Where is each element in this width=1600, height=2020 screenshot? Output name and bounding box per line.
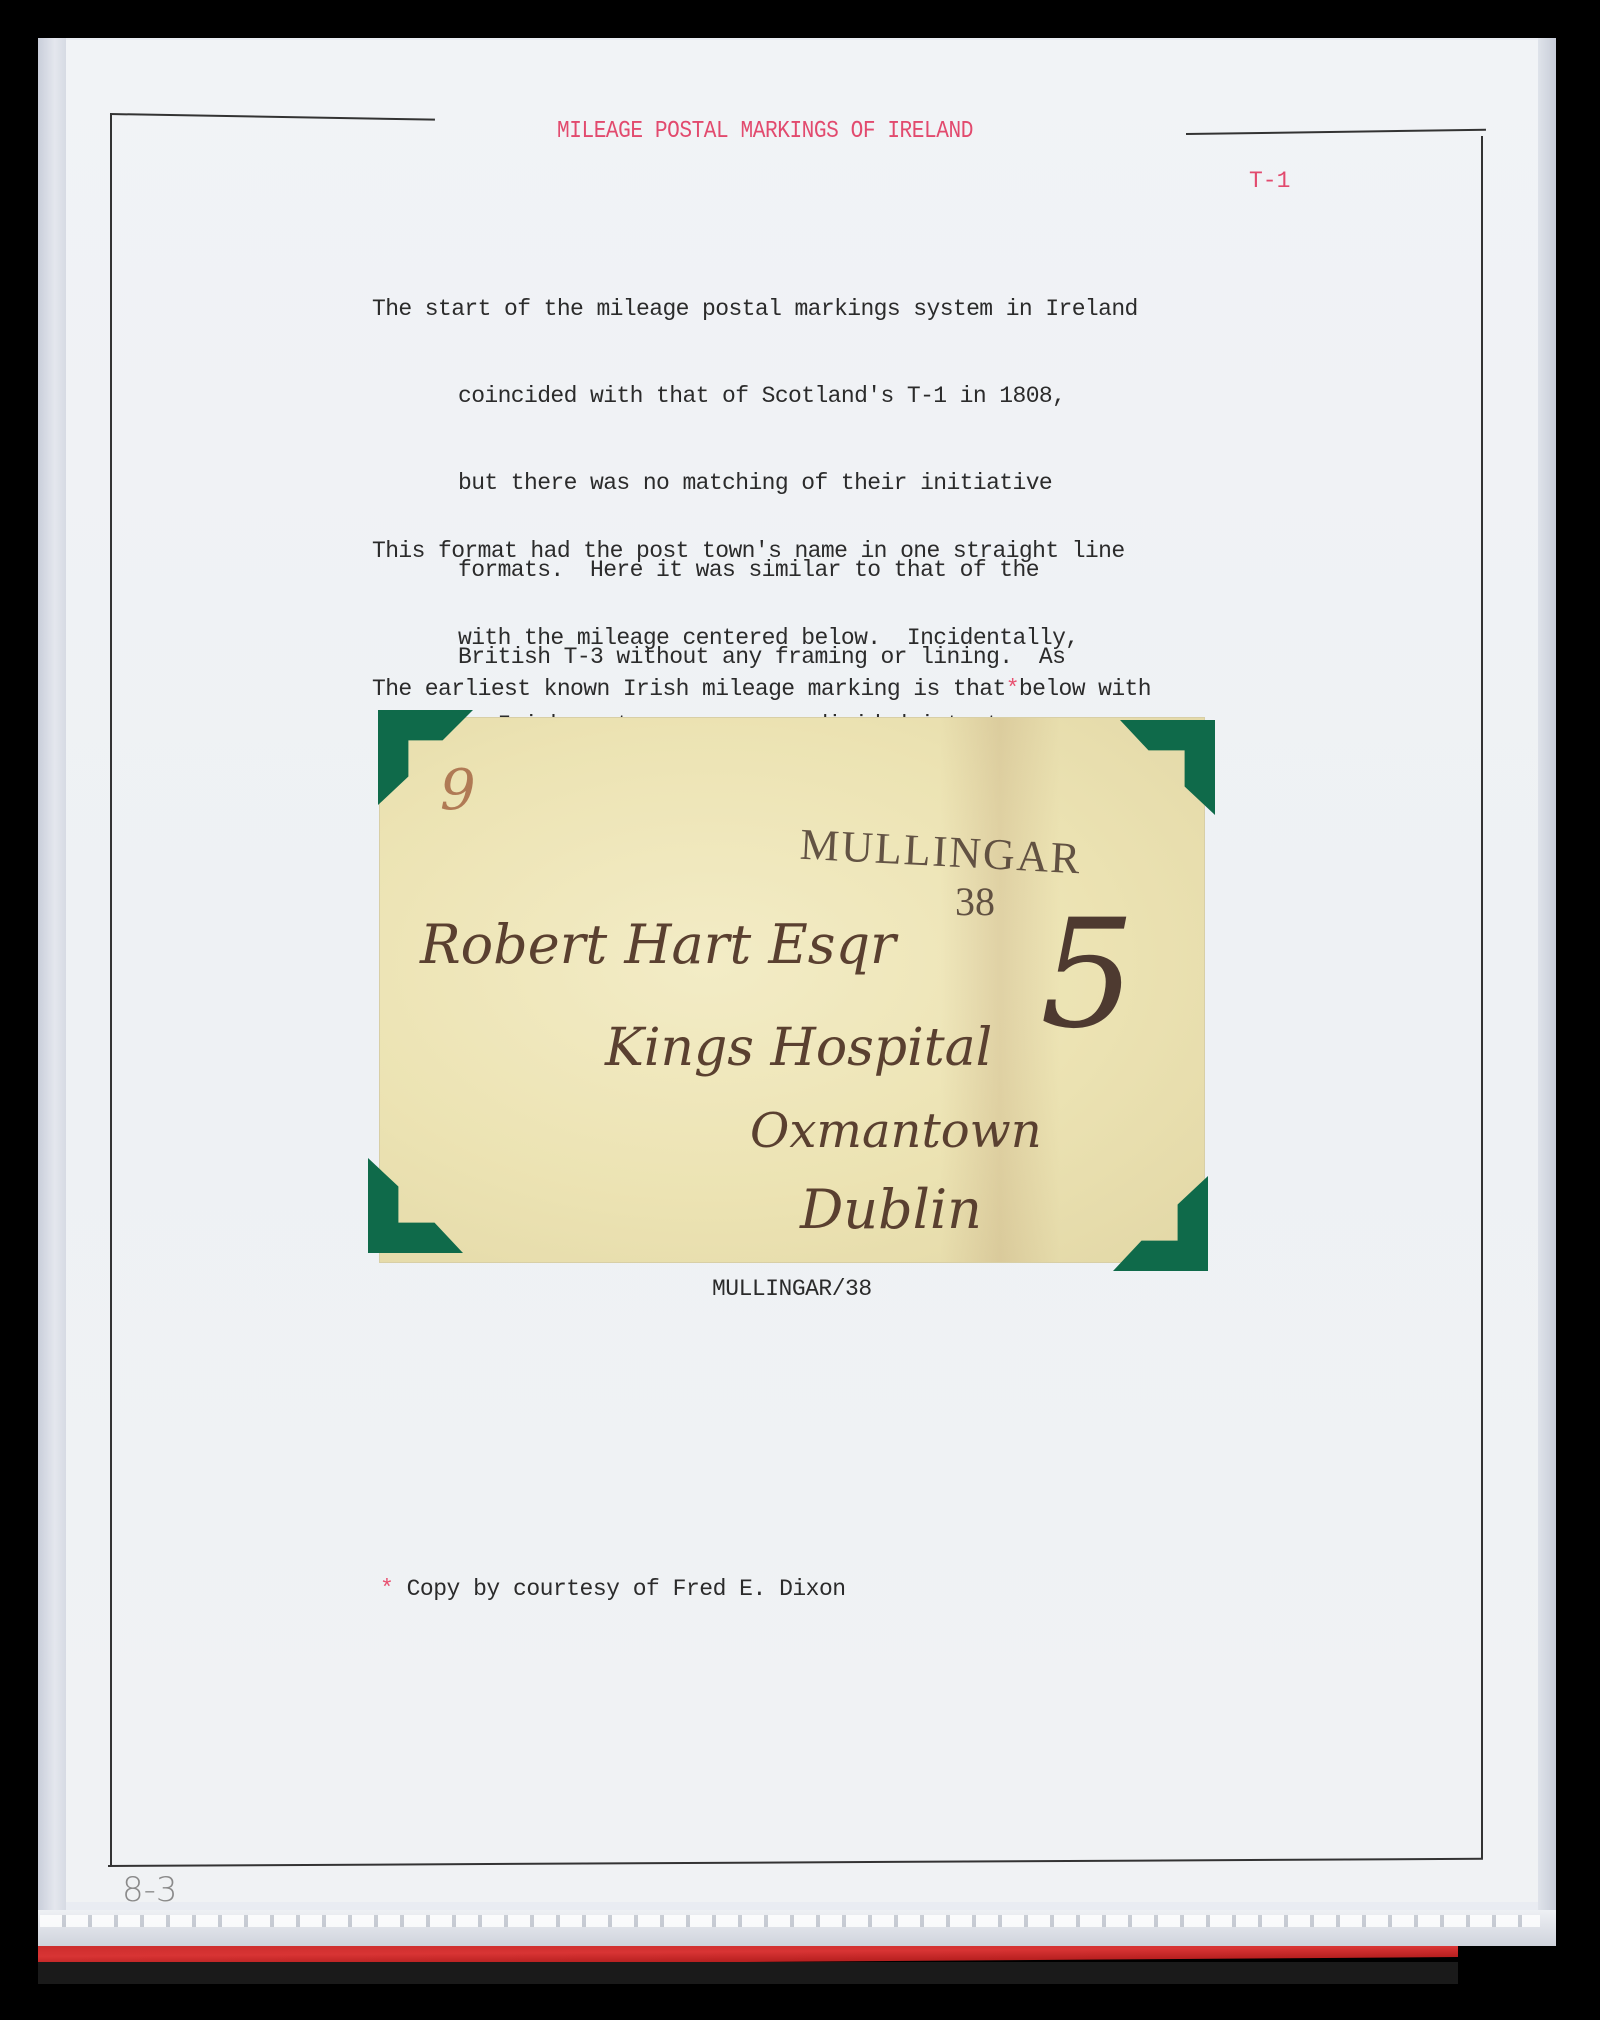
frame-left-line [110, 115, 112, 1865]
page-code: T-1 [1249, 168, 1290, 194]
paragraph-line: This format had the post town's name in … [372, 537, 1125, 566]
sleeve-right-edge [1538, 38, 1556, 1918]
paragraph-line: coincided with that of Scotland's T-1 in… [372, 382, 1138, 411]
postmark-mileage: 38 [955, 878, 995, 925]
frame-right-line [1481, 136, 1483, 1858]
page-title: MILEAGE POSTAL MARKINGS OF IRELAND [557, 118, 997, 145]
address-line-3: Oxmantown [750, 1103, 1042, 1159]
entire-letter: MULLINGAR 38 9 Robert Hart Esqr Kings Ho… [380, 718, 1204, 1262]
cover-caption: MULLINGAR/38 [712, 1276, 872, 1302]
sleeve-perforation [40, 1915, 1540, 1927]
pencil-note: 8-3 [122, 1870, 178, 1910]
paragraph-line: The start of the mileage postal markings… [372, 295, 1138, 324]
asterisk-icon: * [1006, 676, 1019, 702]
rate-mark: 9 [440, 758, 476, 823]
paragraph-line: The earliest known Irish mileage marking… [372, 675, 1151, 704]
footnote: * Copy by courtesy of Fred E. Dixon [380, 1576, 846, 1602]
asterisk-icon: * [380, 1576, 393, 1602]
address-line-1: Robert Hart Esqr [420, 913, 896, 976]
sleeve-left-strip [38, 38, 66, 1918]
cover-image: MULLINGAR 38 9 Robert Hart Esqr Kings Ho… [368, 708, 1213, 1272]
address-line-2: Kings Hospital [605, 1018, 992, 1078]
binder-dark-edge [38, 1962, 1458, 1984]
rate-mark-5: 5 [1040, 888, 1135, 1062]
address-line-4: Dublin [800, 1178, 982, 1241]
